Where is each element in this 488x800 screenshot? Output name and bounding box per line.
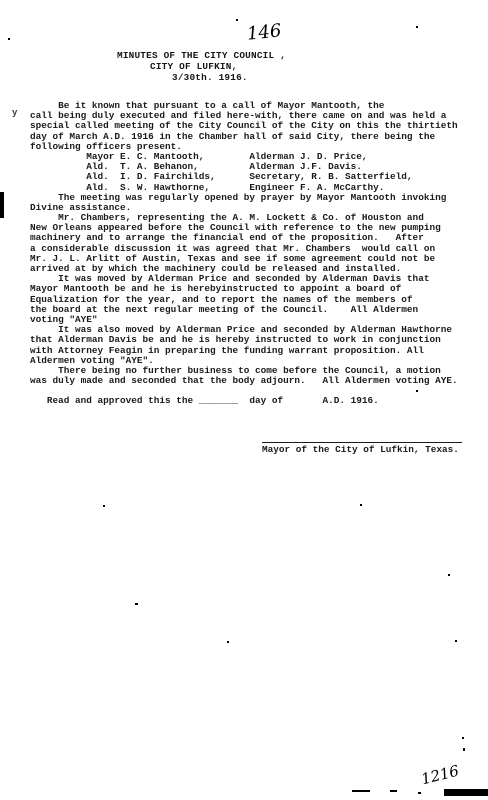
document-subtitle-city: CITY OF LUFKIN, [150,61,237,72]
scan-speck [103,505,105,507]
scan-speck [8,38,10,40]
signature-line: Mayor of the City of Lufkin, Texas. [262,442,462,455]
scan-speck [416,390,418,392]
text-line: Read and approved this the _______ day o… [30,396,475,406]
scan-speck [463,748,465,751]
text-line: that Alderman Davis be and he is hereby … [30,335,475,345]
scan-speck [416,26,418,28]
scan-margin-artifact: y [12,108,17,118]
handwritten-page-number-top: 146 [246,20,282,44]
scan-speck [360,504,362,506]
scan-speck [462,737,464,739]
scan-speck [135,603,138,605]
signature-caption: Mayor of the City of Lufkin, Texas. [262,443,462,455]
scan-speck [455,640,457,642]
scan-speck [236,19,238,21]
scan-speck [352,790,370,792]
text-line: was duly made and seconded that the body… [30,376,475,386]
document-title: MINUTES OF THE CITY COUNCIL , [117,50,286,61]
scan-edge-bar-left [0,192,4,218]
document-date: 3/30th. 1916. [172,72,248,83]
handwritten-page-number-bottom: 1216 [419,762,460,789]
scanned-document-page: 146 MINUTES OF THE CITY COUNCIL , CITY O… [0,0,488,800]
scan-speck [390,790,397,792]
scan-speck [418,792,421,794]
document-body: Be it known that pursuant to a call of M… [30,101,475,407]
scan-edge-bar-bottom-right [444,789,488,796]
scan-speck [227,641,229,643]
scan-speck [448,574,450,576]
text-line: Ald. I. D. Fairchilds, Secretary, R. B. … [30,172,475,182]
